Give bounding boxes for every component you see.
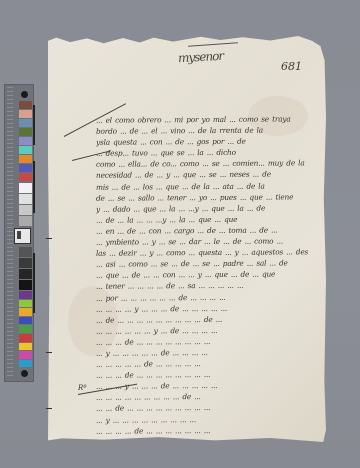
color-swatch [19, 280, 32, 290]
color-swatch [19, 110, 32, 118]
color-swatch [19, 128, 32, 136]
strip-ruler [7, 87, 13, 379]
color-swatch [19, 216, 32, 226]
manuscript-line: ... tener ... ... ... ... de ... sa ... … [96, 280, 318, 293]
strip-bar [33, 253, 35, 313]
registration-dot-top [21, 91, 28, 98]
strip-bar [33, 161, 35, 213]
manuscript-text: ... el como obrero ... mi por yo mal ...… [96, 114, 318, 458]
color-swatch [19, 308, 32, 316]
color-swatch [19, 101, 32, 109]
strip-label [14, 228, 31, 244]
manuscript-line: necesidad ... de ... y ... que ... se ..… [96, 169, 318, 182]
color-swatch [19, 137, 32, 145]
color-swatch [19, 360, 32, 368]
color-swatch [19, 300, 32, 308]
color-swatch [19, 334, 32, 342]
color-swatch [19, 205, 32, 215]
color-swatch [19, 183, 32, 193]
color-swatch [19, 146, 32, 154]
color-swatch [19, 155, 32, 163]
edge-mark [46, 352, 52, 353]
color-swatch [19, 291, 32, 299]
color-swatch [19, 317, 32, 325]
color-swatch [19, 343, 32, 351]
color-swatch [19, 258, 32, 268]
color-swatch [19, 173, 32, 181]
edge-mark [46, 238, 52, 239]
strip-bar [33, 105, 35, 145]
color-swatch [19, 119, 32, 127]
color-swatch [19, 351, 32, 359]
color-swatch [19, 325, 32, 333]
registration-dot-bottom [21, 370, 28, 377]
manuscript-line: ... ... de ... ... ... ... ... ... ... .… [96, 402, 318, 415]
heading-flourish [188, 42, 238, 46]
edge-mark [46, 408, 52, 409]
color-calibration-strip [4, 84, 34, 382]
color-swatch [19, 269, 32, 279]
color-swatch [19, 194, 32, 204]
color-swatch [19, 247, 32, 257]
manuscript-page: mysenor 681 Rº ... el como obrero ... mi… [48, 36, 326, 442]
margin-note: Rº [78, 384, 87, 392]
folio-number: 681 [281, 60, 302, 73]
page-heading: mysenor [178, 49, 224, 65]
color-swatch [19, 164, 32, 172]
